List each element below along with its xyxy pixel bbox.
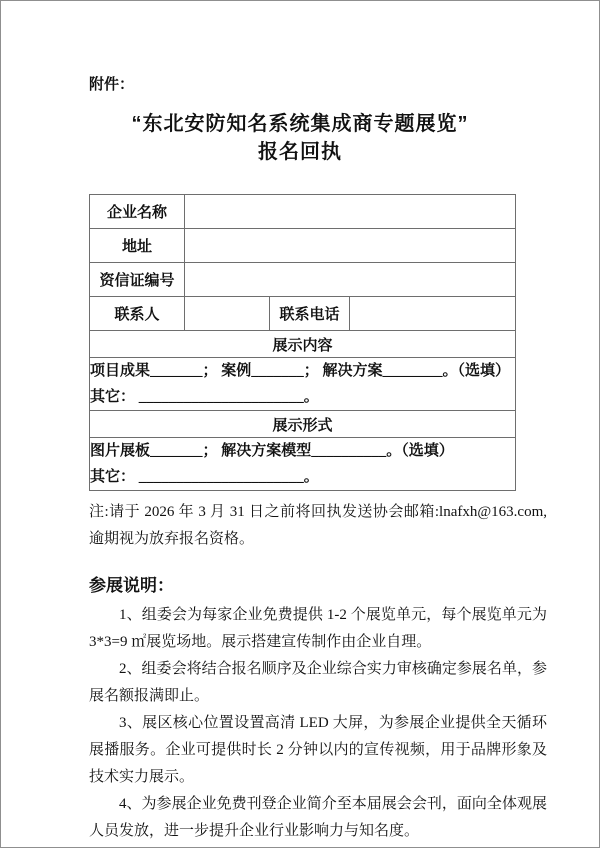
field-value-contact-phone[interactable]: [350, 297, 516, 331]
field-value-address[interactable]: [185, 229, 516, 263]
instructions-heading: 参展说明：: [89, 571, 599, 596]
field-label-address: 地址: [90, 229, 185, 263]
display-format-fill-line-2[interactable]: 其它： ______________________。: [90, 464, 515, 490]
field-value-contact-person[interactable]: [185, 297, 270, 331]
field-label-credit-certificate: 资信证编号: [90, 263, 185, 297]
section-header-display-content: 展示内容: [90, 331, 516, 358]
table-row-address: 地址: [90, 229, 516, 263]
table-row-display-format-body: 图片展板_______； 解决方案模型__________。（选填） 其它： _…: [90, 438, 516, 491]
registration-form-table: 企业名称 地址 资信证编号 联系人 联系电话 展示内容: [89, 194, 516, 491]
instruction-item-1: 1、组委会为每家企业免费提供 1-2 个展览单元，每个展览单元为 3*3=9 ㎡…: [89, 602, 547, 656]
table-row-contact: 联系人 联系电话: [90, 297, 516, 331]
instruction-item-3: 3、展区核心位置设置高清 LED 大屏，为参展企业提供全天循环展播服务。企业可提…: [89, 710, 547, 791]
display-content-fill-line-1[interactable]: 项目成果_______； 案例_______； 解决方案________。（选填…: [90, 358, 515, 384]
instruction-item-2: 2、组委会将结合报名顺序及企业综合实力审核确定参展名单，参展名额报满即止。: [89, 656, 547, 710]
title-line-1: “东北安防知名系统集成商专题展览”: [56, 110, 544, 138]
title-line-2: 报名回执: [56, 138, 544, 166]
table-row-display-format-header: 展示形式: [90, 411, 516, 438]
instruction-item-4: 4、为参展企业免费刊登企业简介至本届展会会刊，面向全体观展人员发放，进一步提升企…: [89, 791, 547, 845]
display-content-fill-line-2[interactable]: 其它： ______________________。: [90, 384, 515, 410]
field-label-contact-phone: 联系电话: [270, 297, 350, 331]
table-row-credit-certificate: 资信证编号: [90, 263, 516, 297]
table-row-display-content-body: 项目成果_______； 案例_______； 解决方案________。（选填…: [90, 358, 516, 411]
field-label-contact-person: 联系人: [90, 297, 185, 331]
document-title: “东北安防知名系统集成商专题展览” 报名回执: [56, 110, 544, 166]
table-row-company-name: 企业名称: [90, 195, 516, 229]
field-label-company-name: 企业名称: [90, 195, 185, 229]
field-value-credit-certificate[interactable]: [185, 263, 516, 297]
display-format-fill-line-1[interactable]: 图片展板_______； 解决方案模型__________。（选填）: [90, 438, 515, 464]
section-header-display-format: 展示形式: [90, 411, 516, 438]
table-row-display-content-header: 展示内容: [90, 331, 516, 358]
document-page: 附件： “东北安防知名系统集成商专题展览” 报名回执 企业名称 地址 资信证编号…: [0, 0, 600, 848]
section-body-display-format: 图片展板_______； 解决方案模型__________。（选填） 其它： _…: [90, 438, 516, 491]
deadline-note: 注:请于 2026 年 3 月 31 日之前将回执发送协会邮箱:lnafxh@1…: [89, 499, 547, 553]
attachment-label: 附件：: [89, 73, 599, 94]
section-body-display-content: 项目成果_______； 案例_______； 解决方案________。（选填…: [90, 358, 516, 411]
field-value-company-name[interactable]: [185, 195, 516, 229]
